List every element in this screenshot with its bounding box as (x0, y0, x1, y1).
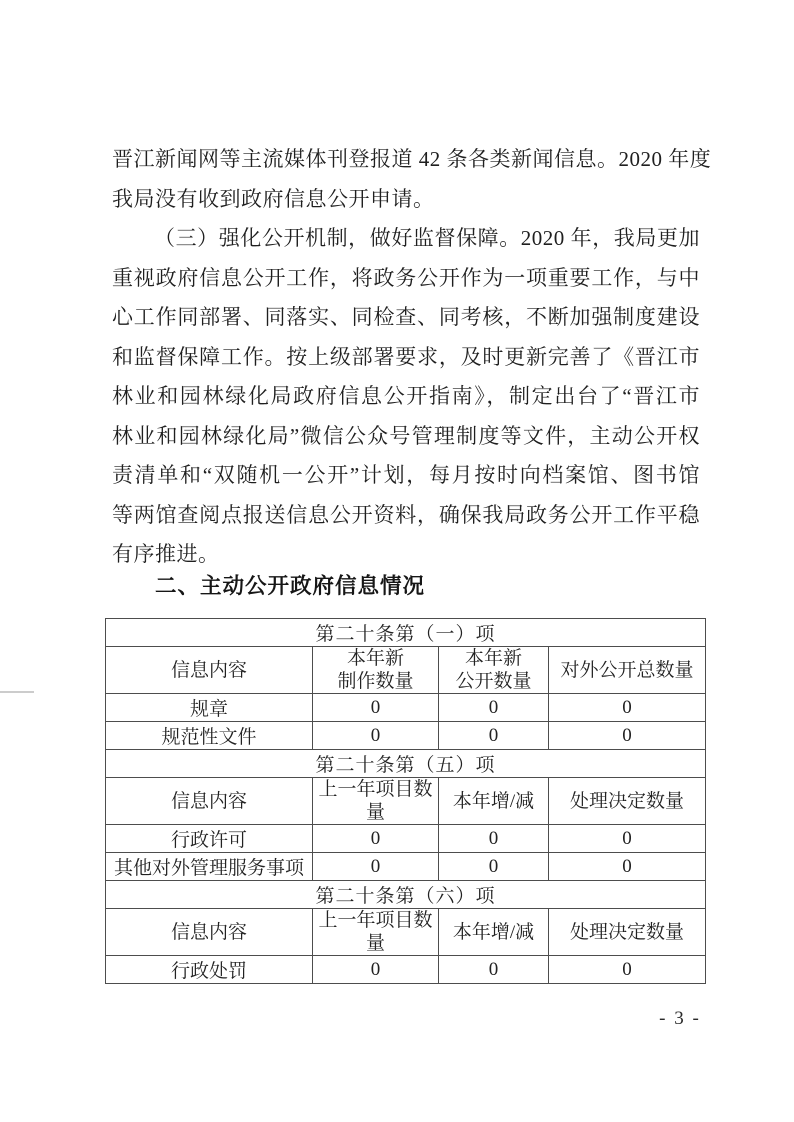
data-cell: 0 (439, 853, 549, 881)
column-header: 处理决定数量 (549, 778, 706, 825)
data-cell: 0 (313, 722, 439, 750)
document-page: 晋江新闻网等主流媒体刊登报道 42 条各类新闻信息。2020 年度 我局没有收到… (0, 0, 794, 1122)
data-cell: 0 (313, 853, 439, 881)
data-cell: 0 (439, 694, 549, 722)
text-line: 责清单和“双随机一公开”计划，每月按时向档案馆、图书馆 (112, 456, 700, 496)
data-cell: 0 (439, 722, 549, 750)
data-cell: 0 (549, 853, 706, 881)
table-section-title-row: 第二十条第（五）项 (106, 750, 706, 778)
table-section-title-row: 第二十条第（一）项 (106, 619, 706, 647)
text-line: （三）强化公开机制，做好监督保障。2020 年，我局更加 (112, 219, 700, 259)
table-section-title-row: 第二十条第（六）项 (106, 881, 706, 909)
data-cell: 0 (439, 825, 549, 853)
data-cell: 0 (549, 722, 706, 750)
paragraph: （三）强化公开机制，做好监督保障。2020 年，我局更加 重视政府信息公开工作，… (112, 219, 700, 575)
column-header: 本年新 公开数量 (439, 647, 549, 694)
table-row: 规章 0 0 0 (106, 694, 706, 722)
text-line: 等两馆查阅点报送信息公开资料，确保我局政务公开工作平稳 (112, 496, 700, 536)
data-cell: 0 (313, 956, 439, 984)
data-cell: 0 (549, 825, 706, 853)
column-header: 本年增/减 (439, 778, 549, 825)
table-section-title: 第二十条第（六）项 (106, 881, 706, 909)
text-line: 重视政府信息公开工作，将政务公开作为一项重要工作，与中 (112, 259, 700, 299)
section-heading: 二、主动公开政府信息情况 (112, 573, 700, 600)
row-label: 行政许可 (106, 825, 313, 853)
table-row: 规范性文件 0 0 0 (106, 722, 706, 750)
data-cell: 0 (313, 694, 439, 722)
column-header: 信息内容 (106, 647, 313, 694)
table-header-row: 信息内容 上一年项目数 量 本年增/减 处理决定数量 (106, 778, 706, 825)
table-header-row: 信息内容 上一年项目数 量 本年增/减 处理决定数量 (106, 909, 706, 956)
text-line: 心工作同部署、同落实、同检查、同考核，不断加强制度建设 (112, 298, 700, 338)
text-line: 和监督保障工作。按上级部署要求，及时更新完善了《晋江市 (112, 338, 700, 378)
column-header: 上一年项目数 量 (313, 909, 439, 956)
table-section-title: 第二十条第（一）项 (106, 619, 706, 647)
text-line: 林业和园林绿化局政府信息公开指南》，制定出台了“晋江市 (112, 377, 700, 417)
column-header: 处理决定数量 (549, 909, 706, 956)
page-number: - 3 - (640, 1008, 720, 1030)
column-header: 对外公开总数量 (549, 647, 706, 694)
column-header: 本年新 制作数量 (313, 647, 439, 694)
row-label: 其他对外管理服务事项 (106, 853, 313, 881)
data-cell: 0 (313, 825, 439, 853)
data-cell: 0 (549, 694, 706, 722)
paragraph: 晋江新闻网等主流媒体刊登报道 42 条各类新闻信息。2020 年度 我局没有收到… (112, 140, 700, 219)
data-cell: 0 (549, 956, 706, 984)
text-line: 有序推进。 (112, 535, 700, 575)
row-label: 规范性文件 (106, 722, 313, 750)
body-text: 晋江新闻网等主流媒体刊登报道 42 条各类新闻信息。2020 年度 我局没有收到… (112, 140, 700, 575)
table-header-row: 信息内容 本年新 制作数量 本年新 公开数量 对外公开总数量 (106, 647, 706, 694)
table-section-title: 第二十条第（五）项 (106, 750, 706, 778)
column-header: 上一年项目数 量 (313, 778, 439, 825)
table-row: 行政许可 0 0 0 (106, 825, 706, 853)
disclosure-table: 第二十条第（一）项 信息内容 本年新 制作数量 本年新 公开数量 对外公开总数量… (105, 618, 706, 984)
row-label: 行政处罚 (106, 956, 313, 984)
text-line: 我局没有收到政府信息公开申请。 (112, 180, 700, 220)
table-row: 行政处罚 0 0 0 (106, 956, 706, 984)
text-line: 林业和园林绿化局”微信公众号管理制度等文件，主动公开权 (112, 417, 700, 457)
data-cell: 0 (439, 956, 549, 984)
column-header: 信息内容 (106, 909, 313, 956)
scan-artifact (0, 691, 34, 693)
column-header: 信息内容 (106, 778, 313, 825)
column-header: 本年增/减 (439, 909, 549, 956)
table-row: 其他对外管理服务事项 0 0 0 (106, 853, 706, 881)
row-label: 规章 (106, 694, 313, 722)
text-line: 晋江新闻网等主流媒体刊登报道 42 条各类新闻信息。2020 年度 (112, 140, 700, 180)
